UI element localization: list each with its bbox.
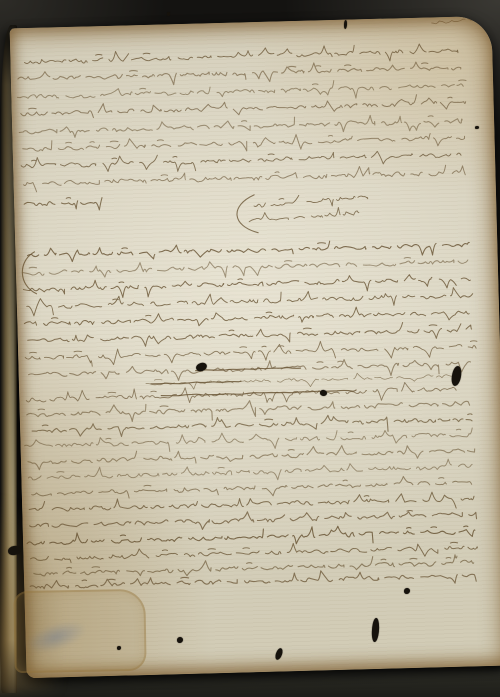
manuscript-photograph: [0, 0, 500, 697]
folio-number-mark: [432, 17, 478, 24]
paragraph-2: [19, 237, 483, 594]
chancery-registration-note: [236, 186, 370, 234]
paragraph-1: [16, 42, 468, 192]
manuscript-page: [10, 16, 500, 678]
handwriting-svg: [10, 16, 500, 678]
date-line: [24, 197, 102, 212]
